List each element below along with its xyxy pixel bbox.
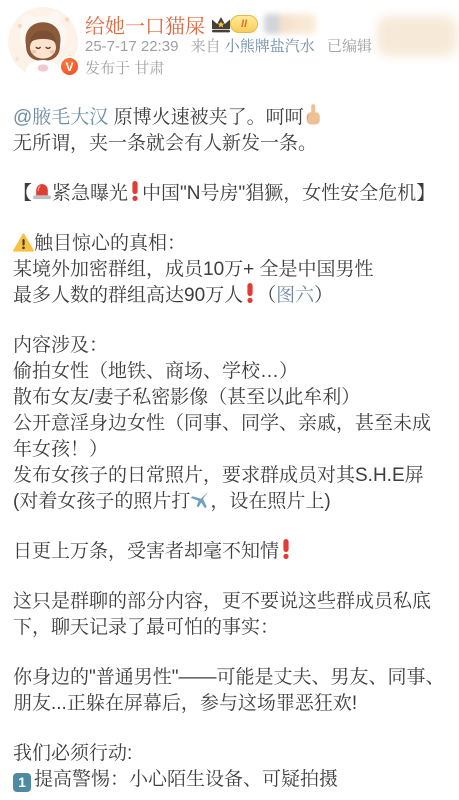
keycap-one-emoji: 1	[13, 773, 31, 792]
red-exclamation-emoji	[243, 285, 257, 306]
vip-badge: II	[210, 15, 258, 34]
post-text: 内容涉及：	[13, 335, 108, 356]
edited-label: 已编辑	[327, 38, 372, 55]
post-text: 散布女友/妻子私密影像（甚至以此牟利）	[13, 387, 360, 408]
weibo-post-page: V 给她一口猫屎 II 25-7-17 22:39 来自 小熊牌盐汽水	[0, 0, 459, 800]
post-text: 公开意淫身边女性（同事、同学、亲戚，甚至未成年女孩！）	[13, 413, 431, 460]
post-text: 中国"N号房"猖獗，女性安全危机】	[142, 183, 435, 204]
post-text: 【	[13, 183, 32, 204]
airplane-emoji	[190, 489, 210, 515]
post-text: ，设在照片上)	[210, 491, 330, 512]
redacted-badges	[264, 14, 316, 34]
warning-emoji	[13, 231, 34, 257]
post-content: @腋毛大汉 原博火速被夹了。呵呵无所谓，夹一条就会有人新发一条。 【紧急曝光中国…	[0, 97, 459, 793]
post-text: 日更上万条，受害者却毫不知情	[13, 541, 279, 562]
post-text: 触目惊心的真相：	[34, 233, 186, 254]
avatar[interactable]: V	[8, 7, 78, 77]
post-text: ）	[314, 285, 333, 306]
figure-six-link[interactable]: 图六	[276, 285, 314, 306]
verified-badge-icon: V	[59, 56, 80, 77]
location-prefix: 发布于	[85, 60, 130, 77]
timestamp: 25-7-17 22:39	[85, 38, 178, 55]
red-exclamation-emoji	[279, 541, 293, 562]
post-text: 提高警惕：小心陌生设备、可疑拍摄	[34, 769, 338, 790]
post-paragraph-1: @腋毛大汉 原博火速被夹了。呵呵无所谓，夹一条就会有人新发一条。	[13, 104, 446, 157]
source-prefix: 来自	[191, 38, 221, 55]
middle-finger-emoji	[304, 104, 322, 131]
police-light-emoji	[32, 181, 52, 207]
redacted-follow-button[interactable]	[377, 16, 457, 56]
post-text: 最多人数的群组高达90万人	[13, 285, 243, 306]
post-paragraph-8: 我们必须行动:1提高警惕：小心陌生设备、可疑拍摄	[13, 741, 446, 793]
post-text: 这只是群聊的部分内容，更不要说这些群成员私底下，聊天记录了最可怕的事实：	[13, 591, 431, 638]
source-link[interactable]: 小熊牌盐汽水	[225, 38, 315, 55]
username[interactable]: 给她一口猫屎	[85, 10, 205, 39]
post-text: （	[257, 285, 276, 306]
post-text: 我们必须行动:	[13, 743, 132, 764]
post-paragraph-5: 日更上万条，受害者却毫不知情	[13, 539, 446, 565]
crown-icon	[210, 15, 232, 34]
mention-link[interactable]: @腋毛大汉	[13, 107, 108, 128]
post-paragraph-3: 触目惊心的真相：某境外加密群组，成员10万+ 全是中国男性最多人数的群组高达90…	[13, 231, 446, 309]
post-text: 某境外加密群组，成员10万+ 全是中国男性	[13, 259, 374, 280]
post-paragraph-4: 内容涉及：偷拍女性（地铁、商场、学校…）散布女友/妻子私密影像（甚至以此牟利）公…	[13, 333, 446, 515]
post-paragraph-7: 你身边的"普通男性"——可能是丈夫、男友、同事、朋友...正躲在屏幕后，参与这场…	[13, 665, 446, 717]
post-text: 你身边的"普通男性"——可能是丈夫、男友、同事、朋友...正躲在屏幕后，参与这场…	[13, 667, 445, 714]
vip-level-badge: II	[230, 15, 258, 33]
location-label: 甘肃	[134, 60, 164, 77]
post-text: 紧急曝光	[52, 183, 128, 204]
red-exclamation-emoji	[128, 183, 142, 204]
location-row: 发布于 甘肃	[85, 58, 459, 80]
post-paragraph-6: 这只是群聊的部分内容，更不要说这些群成员私底下，聊天记录了最可怕的事实：	[13, 589, 446, 641]
post-text: 原博火速被夹了。呵呵	[108, 107, 303, 128]
post-header: V 给她一口猫屎 II 25-7-17 22:39 来自 小熊牌盐汽水	[0, 0, 459, 97]
post-text: 偷拍女性（地铁、商场、学校…）	[13, 361, 298, 382]
post-paragraph-2: 【紧急曝光中国"N号房"猖獗，女性安全危机】	[13, 181, 446, 207]
post-text: 无所谓，夹一条就会有人新发一条。	[13, 133, 317, 154]
